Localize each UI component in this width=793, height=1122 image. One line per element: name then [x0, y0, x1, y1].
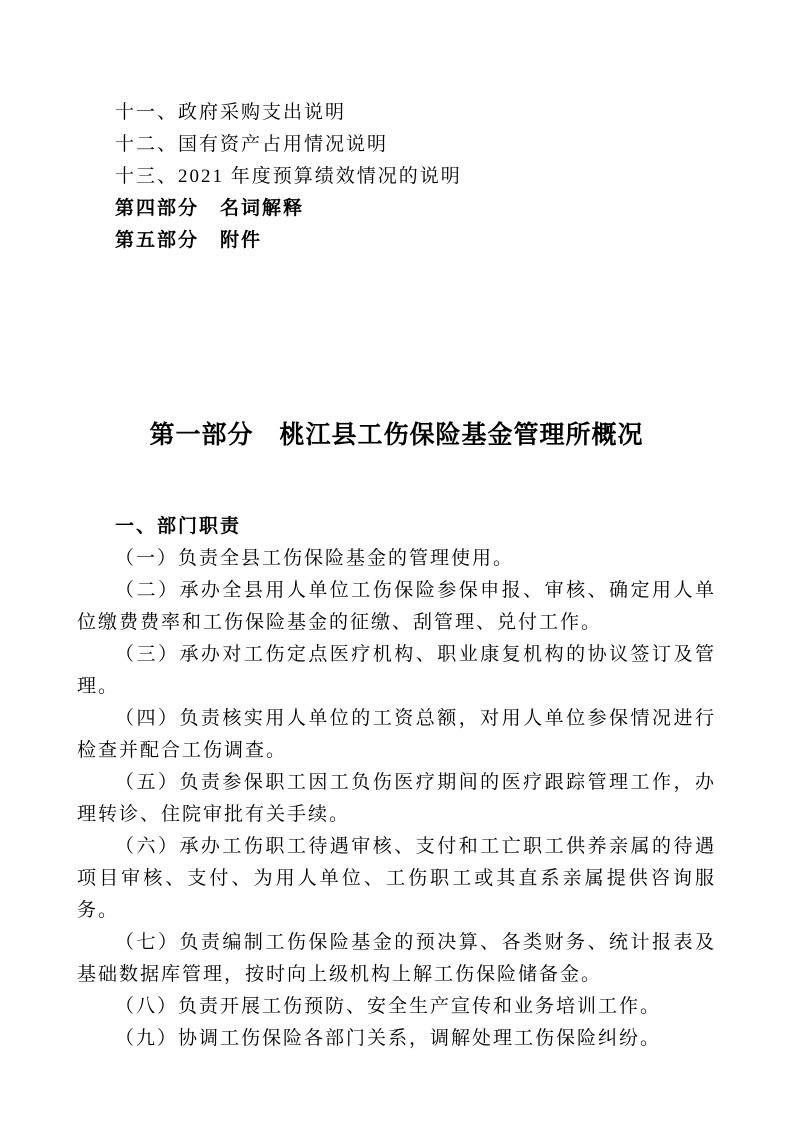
- toc-item-13: 十三、2021 年度预算绩效情况的说明: [77, 161, 716, 193]
- paragraph-5: （五）负责参保职工因工负伤医疗期间的医疗跟踪管理工作，办理转诊、住院审批有关手续…: [77, 767, 716, 831]
- toc-part-heading-5: 第五部分 附件: [77, 225, 716, 257]
- paragraph-9: （九）协调工伤保险各部门关系，调解处理工伤保险纠纷。: [77, 1023, 716, 1055]
- vertical-spacer: [77, 452, 716, 511]
- document-page: 十一、政府采购支出说明 十二、国有资产占用情况说明 十三、2021 年度预算绩效…: [0, 0, 793, 1122]
- vertical-spacer: [77, 257, 716, 420]
- paragraph-2: （二）承办全县用人单位工伤保险参保申报、审核、确定用人单位缴费费率和工伤保险基金…: [77, 575, 716, 639]
- paragraph-4: （四）负责核实用人单位的工资总额，对用人单位参保情况进行检查并配合工伤调查。: [77, 703, 716, 767]
- section-heading: 一、部门职责: [77, 511, 716, 543]
- toc-item-11: 十一、政府采购支出说明: [77, 97, 716, 129]
- toc-item-12: 十二、国有资产占用情况说明: [77, 129, 716, 161]
- section-body: 一、部门职责 （一）负责全县工伤保险基金的管理使用。 （二）承办全县用人单位工伤…: [77, 511, 716, 1055]
- table-of-contents: 十一、政府采购支出说明 十二、国有资产占用情况说明 十三、2021 年度预算绩效…: [77, 97, 716, 257]
- page-content: 十一、政府采购支出说明 十二、国有资产占用情况说明 十三、2021 年度预算绩效…: [0, 0, 793, 1055]
- section-title: 第一部分 桃江县工伤保险基金管理所概况: [77, 420, 716, 452]
- paragraph-1: （一）负责全县工伤保险基金的管理使用。: [77, 543, 716, 575]
- paragraph-7: （七）负责编制工伤保险基金的预决算、各类财务、统计报表及基础数据库管理，按时向上…: [77, 927, 716, 991]
- toc-part-heading-4: 第四部分 名词解释: [77, 193, 716, 225]
- paragraph-6: （六）承办工伤职工待遇审核、支付和工亡职工供养亲属的待遇项目审核、支付、为用人单…: [77, 831, 716, 927]
- paragraph-8: （八）负责开展工伤预防、安全生产宣传和业务培训工作。: [77, 991, 716, 1023]
- paragraph-3: （三）承办对工伤定点医疗机构、职业康复机构的协议签订及管理。: [77, 639, 716, 703]
